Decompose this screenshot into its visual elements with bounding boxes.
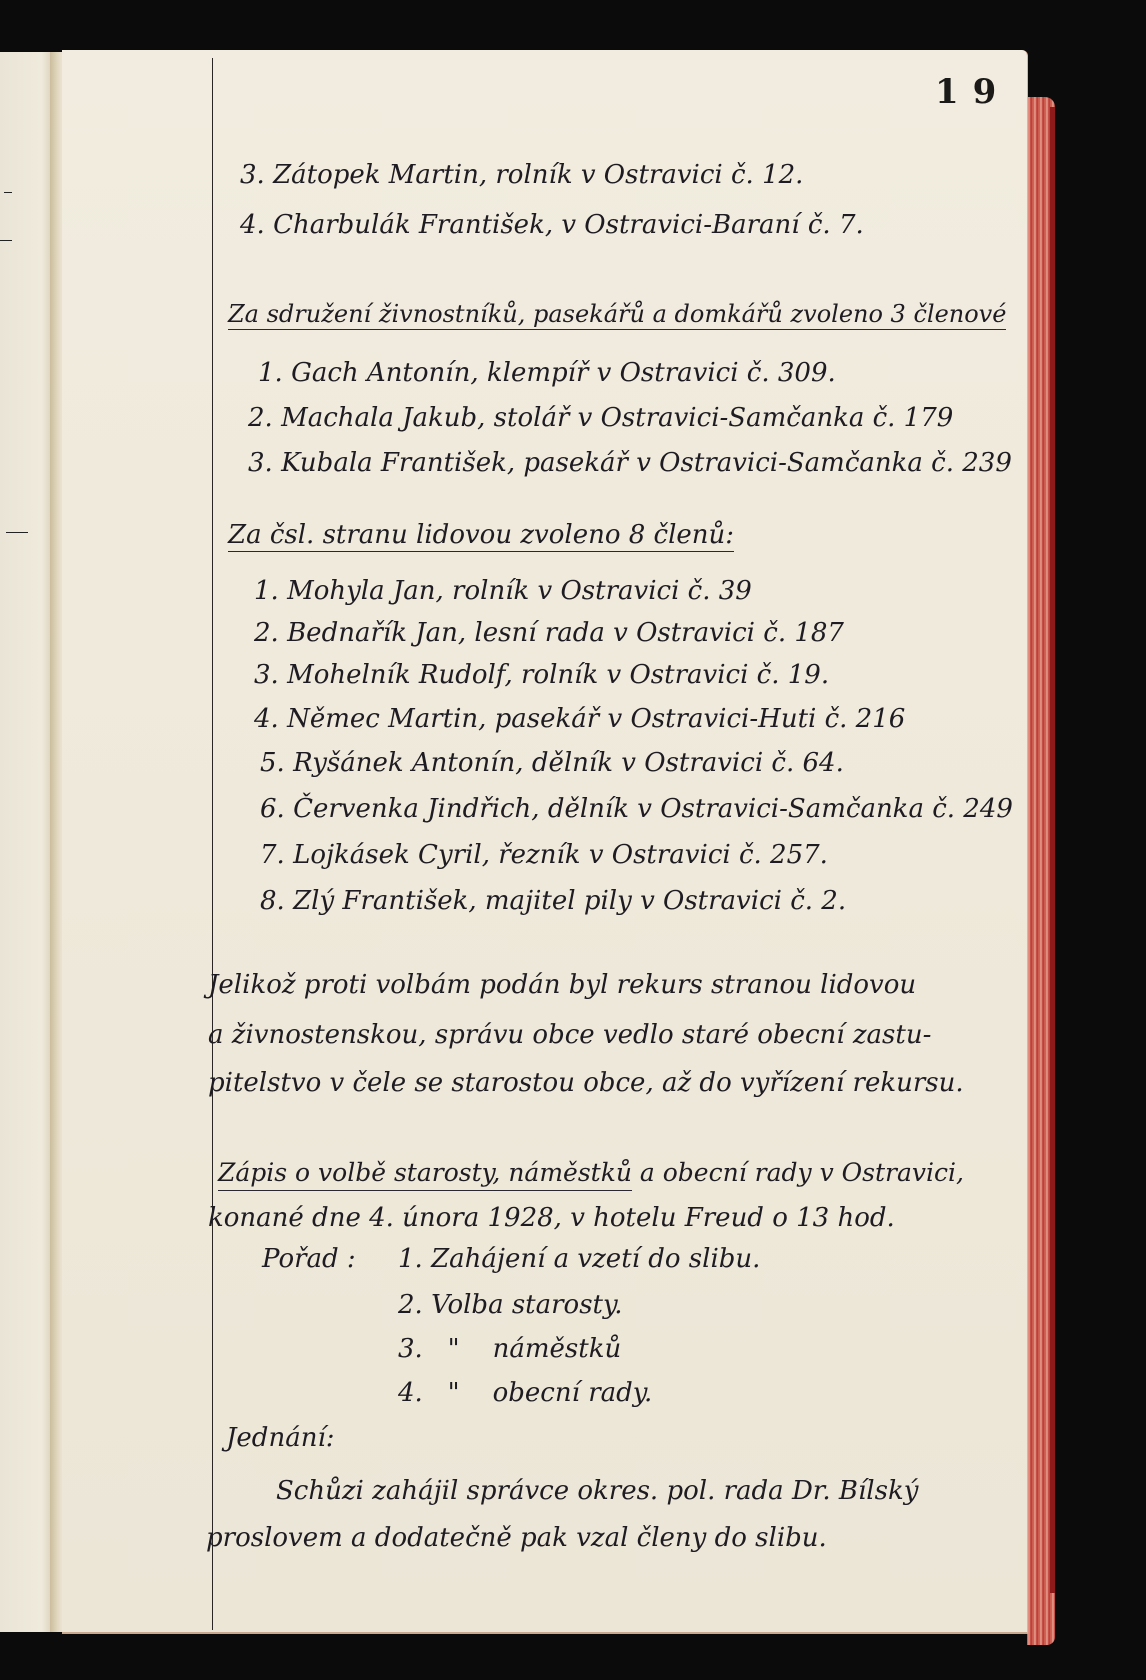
ink-mark	[6, 532, 28, 533]
agenda-item: 2. Volba starosty.	[398, 1292, 623, 1318]
agenda-item: 3. " náměstků	[398, 1336, 621, 1362]
minutes-title: Zápis o volbě starosty, náměstků a obecn…	[218, 1160, 964, 1185]
member-line: 2. Machala Jakub, stolář v Ostravici-Sam…	[248, 405, 953, 431]
minutes-title-rest: a obecní rady v Ostravici,	[632, 1158, 964, 1187]
paragraph-line: pitelstvo v čele se starostou obce, až d…	[208, 1070, 964, 1096]
proceedings-line: Schůzi zahájil správce okres. pol. rada …	[276, 1478, 918, 1504]
member-line: 1. Gach Antonín, klempíř v Ostravici č. …	[258, 360, 836, 386]
agenda-item: 1. Zahájení a vzetí do slibu.	[398, 1246, 760, 1272]
red-page-edges	[1027, 97, 1055, 1645]
minutes-date-line: konané dne 4. února 1928, v hotelu Freud…	[208, 1205, 895, 1231]
entry-line: 4. Charbulák František, v Ostravici-Bara…	[240, 212, 864, 238]
section-heading-trades: Za sdružení živnostníků, pasekářů a domk…	[228, 302, 1006, 330]
paragraph-line: Jelikož proti volbám podán byl rekurs st…	[208, 972, 916, 998]
member-line: 3. Mohelník Rudolf, rolník v Ostravici č…	[254, 662, 829, 688]
member-line: 3. Kubala František, pasekář v Ostravici…	[248, 450, 1012, 476]
entry-line: 3. Zátopek Martin, rolník v Ostravici č.…	[240, 162, 803, 188]
paragraph-line: a živnostenskou, správu obce vedlo staré…	[208, 1022, 931, 1048]
member-line: 6. Červenka Jindřich, dělník v Ostravici…	[260, 796, 1013, 822]
member-line: 1. Mohyla Jan, rolník v Ostravici č. 39	[254, 578, 752, 604]
left-page-edge	[0, 52, 52, 1632]
member-line: 2. Bednařík Jan, lesní rada v Ostravici …	[254, 620, 844, 646]
section-heading-peoples-party: Za čsl. stranu lidovou zvoleno 8 členů:	[228, 522, 734, 552]
member-line: 4. Němec Martin, pasekář v Ostravici-Hut…	[254, 706, 905, 732]
ink-mark	[0, 240, 12, 241]
proceedings-label: Jednání:	[226, 1425, 335, 1451]
member-line: 7. Lojkásek Cyril, řezník v Ostravici č.…	[260, 842, 828, 868]
agenda-item: 4. " obecní rady.	[398, 1380, 652, 1406]
margin-rule	[212, 58, 213, 1630]
proceedings-line: proslovem a dodatečně pak vzal členy do …	[206, 1525, 827, 1551]
page-number: 19	[935, 72, 1010, 112]
agenda-label: Pořad :	[262, 1246, 356, 1272]
ink-mark	[4, 192, 12, 193]
minutes-title-underlined: Zápis o volbě starosty, náměstků	[218, 1158, 632, 1191]
member-line: 8. Zlý František, majitel pily v Ostravi…	[260, 888, 846, 914]
member-line: 5. Ryšánek Antonín, dělník v Ostravici č…	[260, 750, 844, 776]
